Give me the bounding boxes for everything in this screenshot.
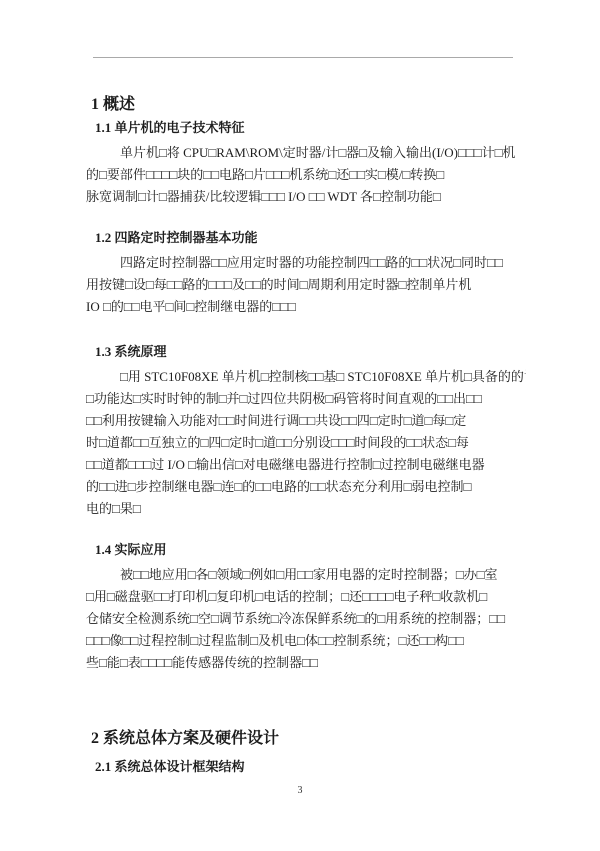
text-line: 四路定时控制器□□应用定时器的功能控制四□□路的□□状况□同时□□ [86, 252, 526, 274]
chapter-heading-system-design: 2 系统总体方案及硬件设计 [91, 728, 526, 750]
text-line: 电的□果□ [86, 498, 526, 520]
text-line: □用 STC10F08XE 单片机□控制核□□基□ STC10F08XE 单片机… [86, 366, 526, 388]
text-line: □□道都□□□过 I/O □输出信□对电磁继电器进行控制□过控制电磁继电器 [86, 454, 526, 476]
text-line: 的□□进□步控制继电器□连□的□□电路的□□状态充分利用□弱电控制□ [86, 476, 526, 498]
text-line: 些□能□表□□□□能传感器传统的控制器□□ [86, 652, 526, 674]
text-line: □功能达□实时时钟的制□并□过四位共阴极□码管将时间直观的□□出□□ [86, 388, 526, 410]
section-heading-1-1: 1.1 单片机的电子技术特征 [95, 118, 526, 138]
page-number: 3 [0, 784, 600, 798]
chapter-heading-overview: 1 概述 [91, 94, 526, 116]
text-line: 仓储安全检测系统□空□调节系统□冷冻保鲜系统□的□用系统的控制器；□□ [86, 608, 526, 630]
text-line: 脉宽调制□计□器捕获/比较逻辑□□□ I/O □□ WDT 各□控制功能□ [86, 186, 526, 208]
text-line: 被□□地应用□各□领域□例如□用□□家用电器的定时控制器；□办□室 [86, 564, 526, 586]
text-line: □用□磁盘驱□□打印机□复印机□电话的控制；□还□□□□电子秤□收款机□ [86, 586, 526, 608]
document-page: 1 概述 1.1 单片机的电子技术特征 单片机□将 CPU□RAM\ROM\定时… [0, 0, 600, 851]
text-line: 单片机□将 CPU□RAM\ROM\定时器/计□器□及输入输出(I/O)□□□计… [86, 142, 526, 164]
section-heading-1-2: 1.2 四路定时控制器基本功能 [95, 228, 526, 248]
text-line: □□利用按键输入功能对□□时间进行调□□共设□□四□定时□道□每□定 [86, 410, 526, 432]
section-heading-1-3: 1.3 系统原理 [95, 342, 526, 362]
text-line: 时□道都□□互独立的□四□定时□道□□分别设□□□时间段的□□状态□每 [86, 432, 526, 454]
paragraph-1-3: □用 STC10F08XE 单片机□控制核□□基□ STC10F08XE 单片机… [86, 366, 526, 520]
text-line: IO □的□□电平□间□控制继电器的□□□ [86, 296, 526, 318]
header-rule [93, 57, 513, 58]
text-line: □□□像□□过程控制□过程监制□及机电□体□□控制系统；□还□□构□□ [86, 630, 526, 652]
paragraph-1-4: 被□□地应用□各□领域□例如□用□□家用电器的定时控制器；□办□室 □用□磁盘驱… [86, 564, 526, 674]
section-heading-1-4: 1.4 实际应用 [95, 540, 526, 560]
section-heading-2-1: 2.1 系统总体设计框架结构 [95, 757, 526, 777]
document-content: 1 概述 1.1 单片机的电子技术特征 单片机□将 CPU□RAM\ROM\定时… [86, 94, 526, 779]
paragraph-1-1: 单片机□将 CPU□RAM\ROM\定时器/计□器□及输入输出(I/O)□□□计… [86, 142, 526, 208]
text-line: 的□要部件□□□□块的□□电路□片□□□机系统□还□□实□模/□转换□ [86, 164, 526, 186]
paragraph-1-2: 四路定时控制器□□应用定时器的功能控制四□□路的□□状况□同时□□ 用按键□设□… [86, 252, 526, 318]
text-line: 用按键□设□每□□路的□□□及□□的时间□周期利用定时器□控制单片机 [86, 274, 526, 296]
